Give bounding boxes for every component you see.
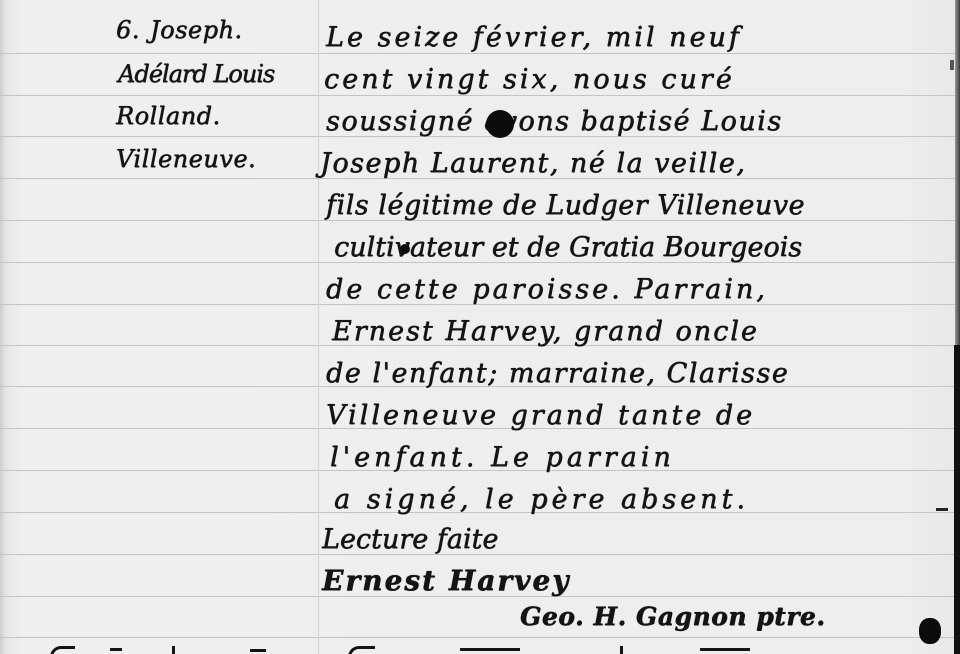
body-line: Villeneuve grand tante de: [326, 400, 755, 431]
priest-signature: Geo. H. Gagnon ptre.: [520, 602, 826, 631]
page-edge-shadow: [954, 345, 960, 654]
ruled-line: [0, 95, 955, 96]
body-line: cent vingt six, nous curé: [324, 64, 735, 95]
edge-mark: [950, 60, 954, 70]
ink-blot: [400, 244, 410, 254]
body-line: soussigné avons baptisé Louis: [326, 106, 783, 137]
body-line: Joseph Laurent, né la veille,: [320, 148, 746, 179]
body-line: Lecture faite: [322, 524, 498, 555]
body-line: Le seize février, mil neuf: [326, 22, 742, 53]
body-line: de l'enfant; marraine, Clarisse: [326, 358, 789, 389]
body-line: fils légitime de Ludger Villeneuve: [326, 190, 805, 221]
ink-blot: [919, 618, 941, 644]
edge-mark: [936, 508, 948, 511]
margin-name-line: Villeneuve.: [116, 145, 256, 173]
entry-number: 6.: [116, 16, 140, 44]
ruled-line: [0, 637, 955, 638]
body-line: a signé, le père absent.: [334, 484, 749, 515]
margin-rule: [318, 0, 319, 654]
margin-name-line: Joseph.: [150, 16, 243, 44]
margin-name-line: Rolland.: [116, 102, 221, 130]
body-line: Ernest Harvey, grand oncle: [332, 316, 759, 347]
body-line: l'enfant. Le parrain: [330, 442, 675, 473]
body-line: de cette paroisse. Parrain,: [326, 274, 768, 305]
register-page: 6. Joseph. Adélard Louis Rolland. Villen…: [0, 0, 960, 654]
godfather-signature: Ernest Harvey: [322, 564, 570, 597]
ruled-line: [0, 53, 955, 54]
ink-blot: [486, 110, 514, 138]
margin-name-line: Adélard Louis: [118, 60, 274, 88]
